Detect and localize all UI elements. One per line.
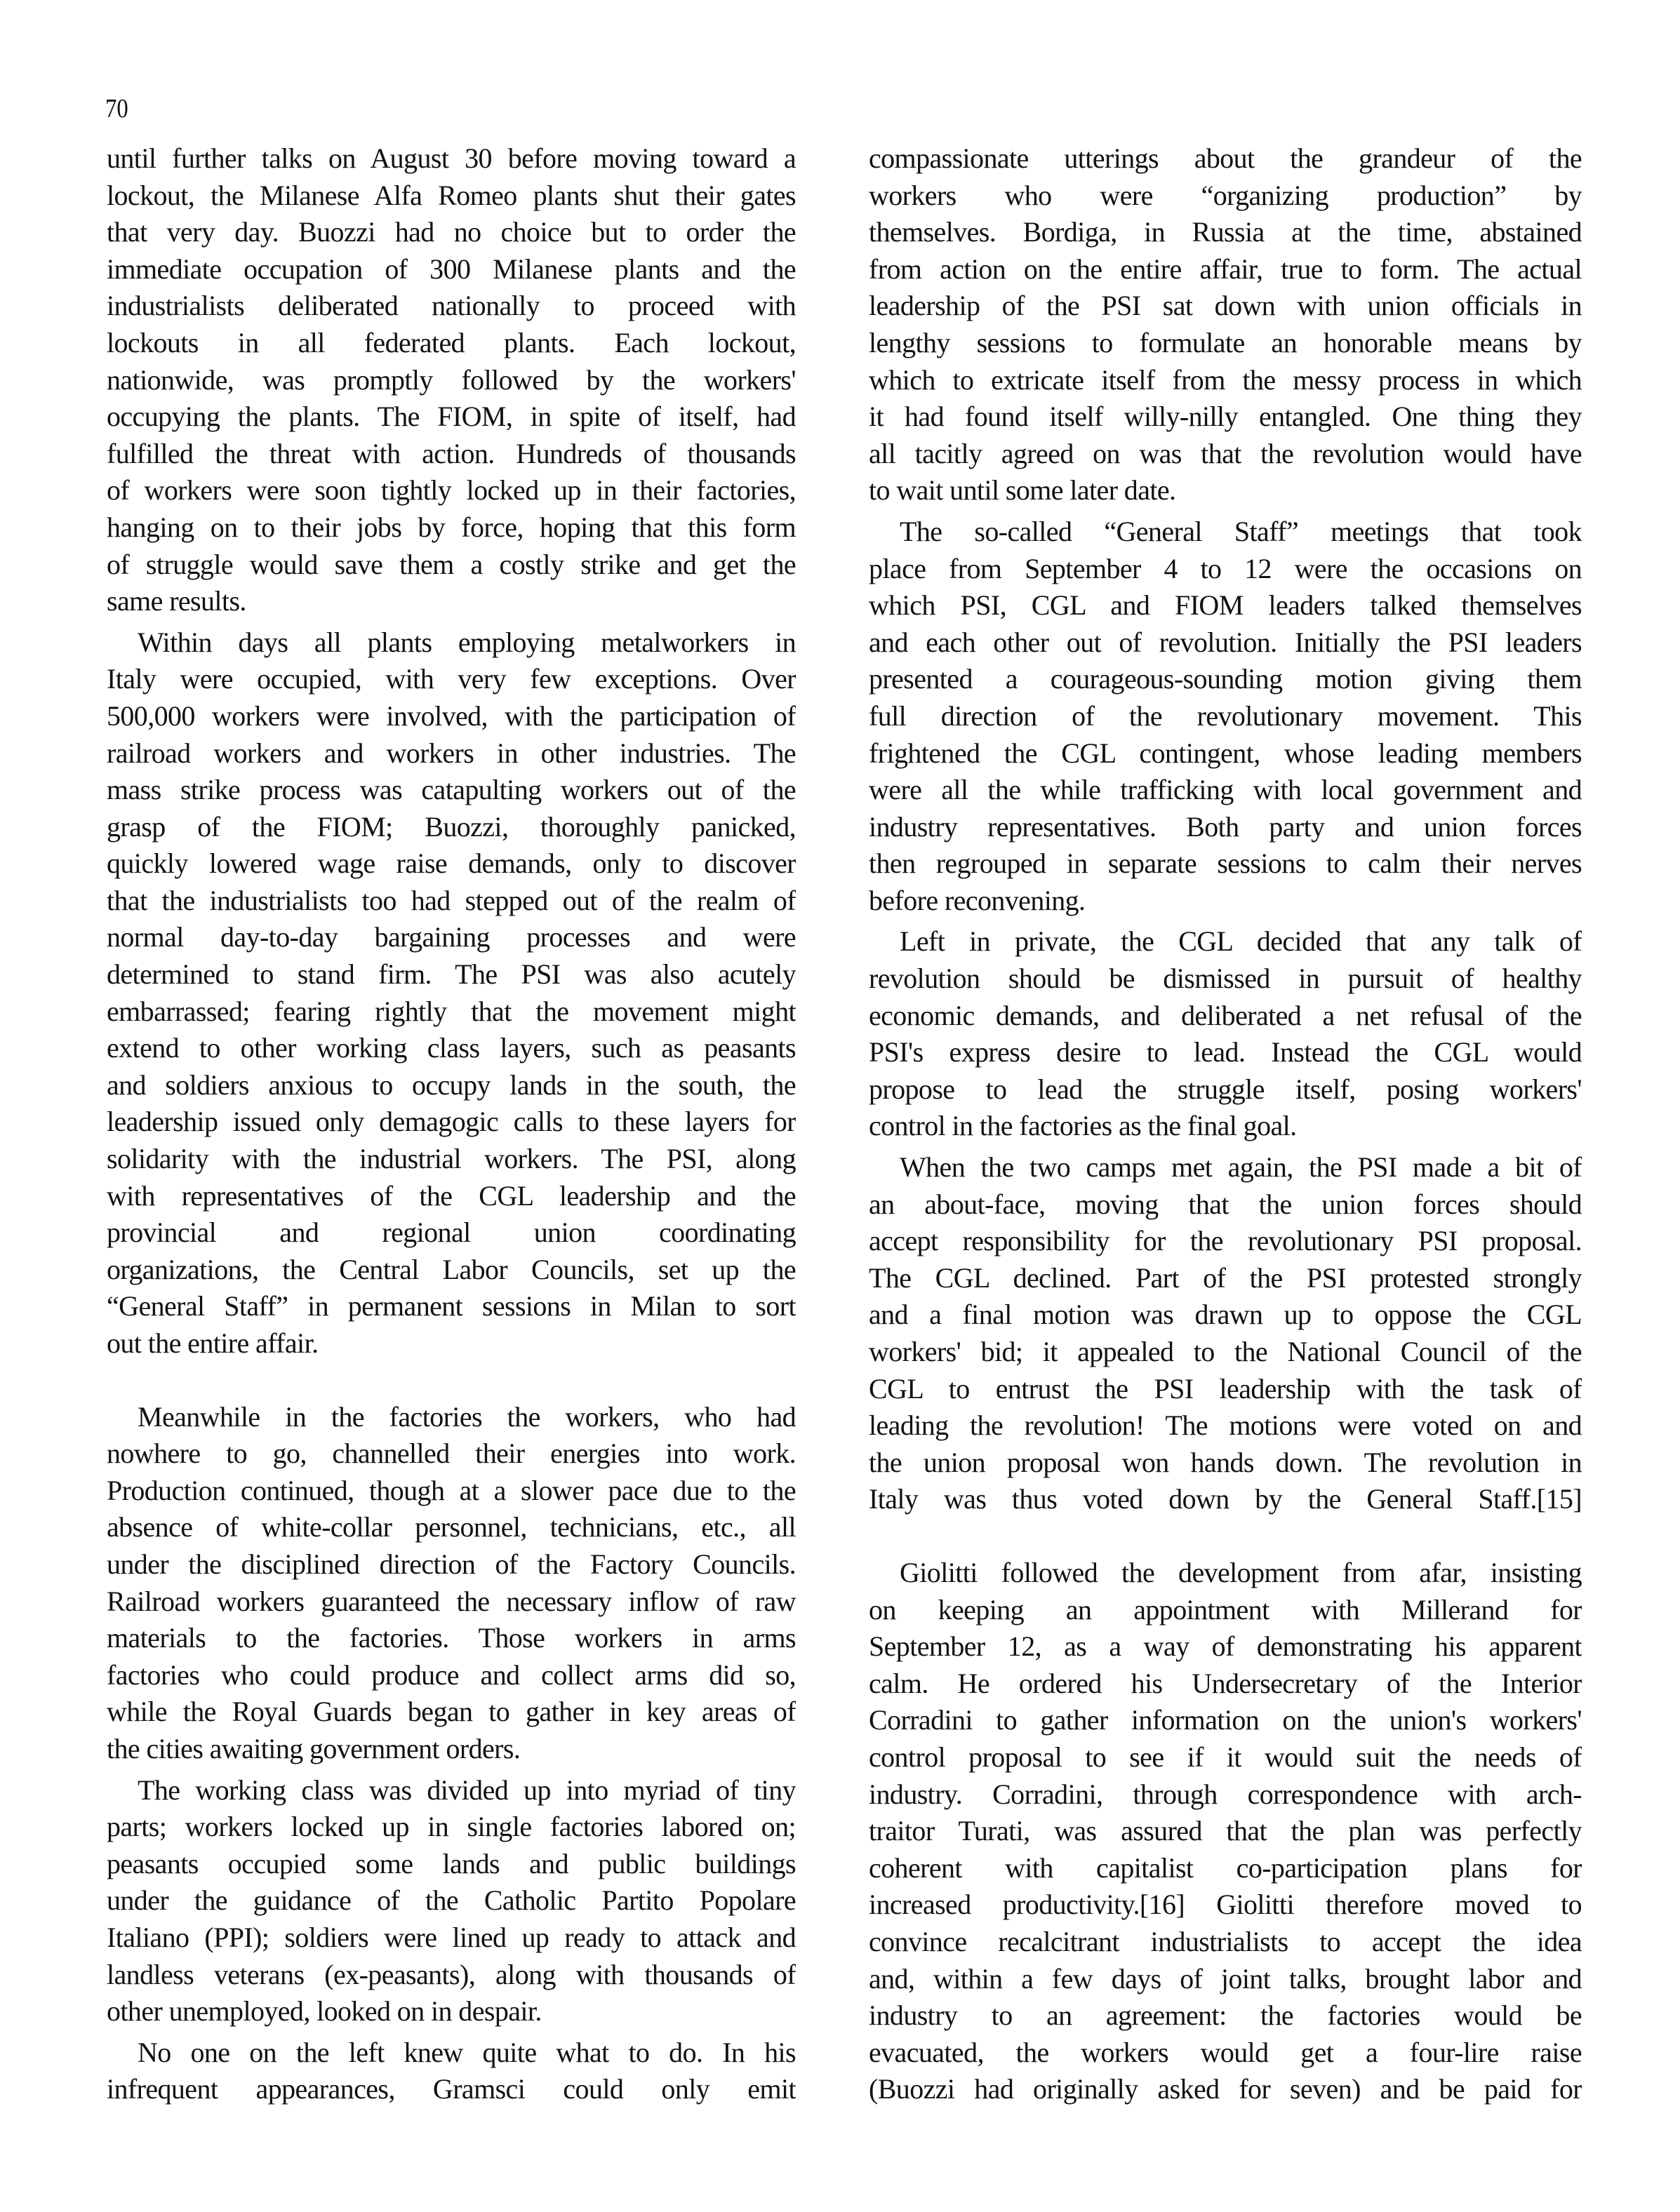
text-line: under the guidance of the Catholic Parti…: [107, 1882, 796, 1919]
text-line: that the industrialists too had stepped …: [107, 883, 796, 920]
text-line: leadership of the PSI sat down with unio…: [869, 288, 1582, 325]
text-line: control proposal to see if it would suit…: [869, 1739, 1582, 1776]
paragraph: compassionate utterings about the grande…: [869, 140, 1582, 509]
text-line: Corradini to gather information on the u…: [869, 1702, 1582, 1739]
text-line: industry representatives. Both party and…: [869, 809, 1582, 846]
text-line: same results.: [107, 583, 796, 620]
paragraph: No one on the left knew quite what to do…: [107, 2035, 796, 2108]
text-line: peasants occupied some lands and public …: [107, 1846, 796, 1883]
text-line: under the disciplined direction of the F…: [107, 1546, 796, 1583]
text-line: control in the factories as the final go…: [869, 1108, 1582, 1145]
text-line: No one on the left knew quite what to do…: [107, 2035, 796, 2072]
text-line: Giolitti followed the development from a…: [869, 1555, 1582, 1592]
text-line: before reconvening.: [869, 883, 1582, 920]
text-line: industry to an agreement: the factories …: [869, 1997, 1582, 2035]
text-line: lockouts in all federated plants. Each l…: [107, 325, 796, 362]
text-line: normal day-to-day bargaining processes a…: [107, 919, 796, 956]
text-line: calm. He ordered his Undersecretary of t…: [869, 1665, 1582, 1703]
text-line: and a final motion was drawn up to oppos…: [869, 1296, 1582, 1334]
text-line: materials to the factories. Those worker…: [107, 1620, 796, 1657]
text-line: from action on the entire affair, true t…: [869, 251, 1582, 288]
text-line: leading the revolution! The motions were…: [869, 1407, 1582, 1444]
paragraph: Within days all plants employing metalwo…: [107, 624, 796, 1362]
paragraph: Meanwhile in the factories the workers, …: [107, 1399, 796, 1768]
text-line: CGL to entrust the PSI leadership with t…: [869, 1371, 1582, 1408]
text-line: extend to other working class layers, su…: [107, 1030, 796, 1067]
text-line: and each other out of revolution. Initia…: [869, 624, 1582, 662]
text-line: organizations, the Central Labor Council…: [107, 1252, 796, 1289]
text-line: accept responsibility for the revolution…: [869, 1223, 1582, 1260]
text-line: provincial and regional union coordinati…: [107, 1214, 796, 1252]
paragraph: The working class was divided up into my…: [107, 1772, 796, 2030]
text-line: on keeping an appointment with Millerand…: [869, 1592, 1582, 1629]
text-line: compassionate utterings about the grande…: [869, 140, 1582, 177]
text-line: infrequent appearances, Gramsci could on…: [107, 2071, 796, 2108]
text-line: were all the while trafficking with loca…: [869, 772, 1582, 809]
text-line: lockout, the Milanese Alfa Romeo plants …: [107, 177, 796, 215]
text-line: lengthy sessions to formulate an honorab…: [869, 325, 1582, 362]
document-page: 70 until further talks on August 30 befo…: [0, 0, 1680, 2212]
text-line: full direction of the revolutionary move…: [869, 698, 1582, 735]
text-line: revolution should be dismissed in pursui…: [869, 960, 1582, 998]
text-line: industry. Corradini, through corresponde…: [869, 1776, 1582, 1814]
paragraph: Left in private, the CGL decided that an…: [869, 923, 1582, 1145]
text-line: to wait until some later date.: [869, 472, 1582, 509]
paragraph: When the two camps met again, the PSI ma…: [869, 1149, 1582, 1518]
text-line: workers' bid; it appealed to the Nationa…: [869, 1334, 1582, 1371]
text-line: traitor Turati, was assured that the pla…: [869, 1813, 1582, 1850]
paragraph: Giolitti followed the development from a…: [869, 1555, 1582, 2108]
text-line: Production continued, though at a slower…: [107, 1473, 796, 1510]
text-line: determined to stand firm. The PSI was al…: [107, 956, 796, 993]
text-line: railroad workers and workers in other in…: [107, 735, 796, 772]
text-line: all tacitly agreed on was that the revol…: [869, 436, 1582, 473]
text-line: presented a courageous-sounding motion g…: [869, 661, 1582, 698]
text-line: and soldiers anxious to occupy lands in …: [107, 1067, 796, 1104]
text-line: solidarity with the industrial workers. …: [107, 1141, 796, 1178]
text-line: Italiano (PPI); soldiers were lined up r…: [107, 1919, 796, 1957]
text-line: mass strike process was catapulting work…: [107, 772, 796, 809]
text-line: embarrassed; fearing rightly that the mo…: [107, 993, 796, 1031]
text-line: of struggle would save them a costly str…: [107, 547, 796, 584]
text-line: nowhere to go, channelled their energies…: [107, 1435, 796, 1473]
text-line: Left in private, the CGL decided that an…: [869, 923, 1582, 960]
text-line: parts; workers locked up in single facto…: [107, 1809, 796, 1846]
text-line: PSI's express desire to lead. Instead th…: [869, 1034, 1582, 1071]
text-line: it had found itself willy-nilly entangle…: [869, 398, 1582, 436]
text-line: Meanwhile in the factories the workers, …: [107, 1399, 796, 1436]
text-line: propose to lead the struggle itself, pos…: [869, 1071, 1582, 1108]
text-line: the union proposal won hands down. The r…: [869, 1444, 1582, 1482]
text-line: “General Staff” in permanent sessions in…: [107, 1288, 796, 1325]
text-line: that very day. Buozzi had no choice but …: [107, 214, 796, 251]
text-line: 500,000 workers were involved, with the …: [107, 698, 796, 735]
page-number: 70: [105, 93, 128, 125]
text-line: Italy was thus voted down by the General…: [869, 1481, 1582, 1518]
text-line: and, within a few days of joint talks, b…: [869, 1961, 1582, 1998]
text-line: while the Royal Guards began to gather i…: [107, 1694, 796, 1731]
text-line: absence of white-collar personnel, techn…: [107, 1509, 796, 1546]
text-line: The CGL declined. Part of the PSI protes…: [869, 1260, 1582, 1297]
section-break: [107, 1362, 796, 1399]
text-line: an about-face, moving that the union for…: [869, 1186, 1582, 1224]
text-line: occupying the plants. The FIOM, in spite…: [107, 398, 796, 436]
text-line: which to extricate itself from the messy…: [869, 362, 1582, 399]
text-line: Railroad workers guaranteed the necessar…: [107, 1583, 796, 1621]
text-line: convince recalcitrant industrialists to …: [869, 1924, 1582, 1961]
text-line: of workers were soon tightly locked up i…: [107, 472, 796, 509]
text-line: nationwide, was promptly followed by the…: [107, 362, 796, 399]
text-line: When the two camps met again, the PSI ma…: [869, 1149, 1582, 1186]
text-line: other unemployed, looked on in despair.: [107, 1993, 796, 2030]
text-line: hanging on to their jobs by force, hopin…: [107, 509, 796, 547]
text-line: fulfilled the threat with action. Hundre…: [107, 436, 796, 473]
text-line: which PSI, CGL and FIOM leaders talked t…: [869, 587, 1582, 624]
text-line: September 12, as a way of demonstrating …: [869, 1628, 1582, 1665]
text-line: themselves. Bordiga, in Russia at the ti…: [869, 214, 1582, 251]
text-line: evacuated, the workers would get a four-…: [869, 2035, 1582, 2072]
text-line: The so-called “General Staff” meetings t…: [869, 514, 1582, 551]
text-line: workers who were “organizing production”…: [869, 177, 1582, 215]
text-line: out the entire affair.: [107, 1325, 796, 1362]
text-line: industrialists deliberated nationally to…: [107, 288, 796, 325]
text-line: (Buozzi had originally asked for seven) …: [869, 2071, 1582, 2108]
text-line: Within days all plants employing metalwo…: [107, 624, 796, 662]
text-line: then regrouped in separate sessions to c…: [869, 845, 1582, 883]
text-line: immediate occupation of 300 Milanese pla…: [107, 251, 796, 288]
text-line: frightened the CGL contingent, whose lea…: [869, 735, 1582, 772]
text-line: Italy were occupied, with very few excep…: [107, 661, 796, 698]
text-line: with representatives of the CGL leadersh…: [107, 1178, 796, 1215]
text-line: increased productivity.[16] Giolitti the…: [869, 1886, 1582, 1924]
left-column: until further talks on August 30 before …: [107, 140, 796, 2108]
section-break: [869, 1518, 1582, 1555]
text-line: factories who could produce and collect …: [107, 1657, 796, 1694]
text-line: The working class was divided up into my…: [107, 1772, 796, 1809]
text-line: until further talks on August 30 before …: [107, 140, 796, 177]
text-line: landless veterans (ex-peasants), along w…: [107, 1957, 796, 1994]
right-column: compassionate utterings about the grande…: [869, 140, 1582, 2108]
text-line: place from September 4 to 12 were the oc…: [869, 551, 1582, 588]
text-line: coherent with capitalist co-participatio…: [869, 1850, 1582, 1887]
text-line: quickly lowered wage raise demands, only…: [107, 845, 796, 883]
text-line: economic demands, and deliberated a net …: [869, 998, 1582, 1035]
text-line: the cities awaiting government orders.: [107, 1731, 796, 1768]
paragraph: until further talks on August 30 before …: [107, 140, 796, 620]
paragraph: The so-called “General Staff” meetings t…: [869, 514, 1582, 920]
text-line: grasp of the FIOM; Buozzi, thoroughly pa…: [107, 809, 796, 846]
text-line: leadership issued only demagogic calls t…: [107, 1104, 796, 1141]
